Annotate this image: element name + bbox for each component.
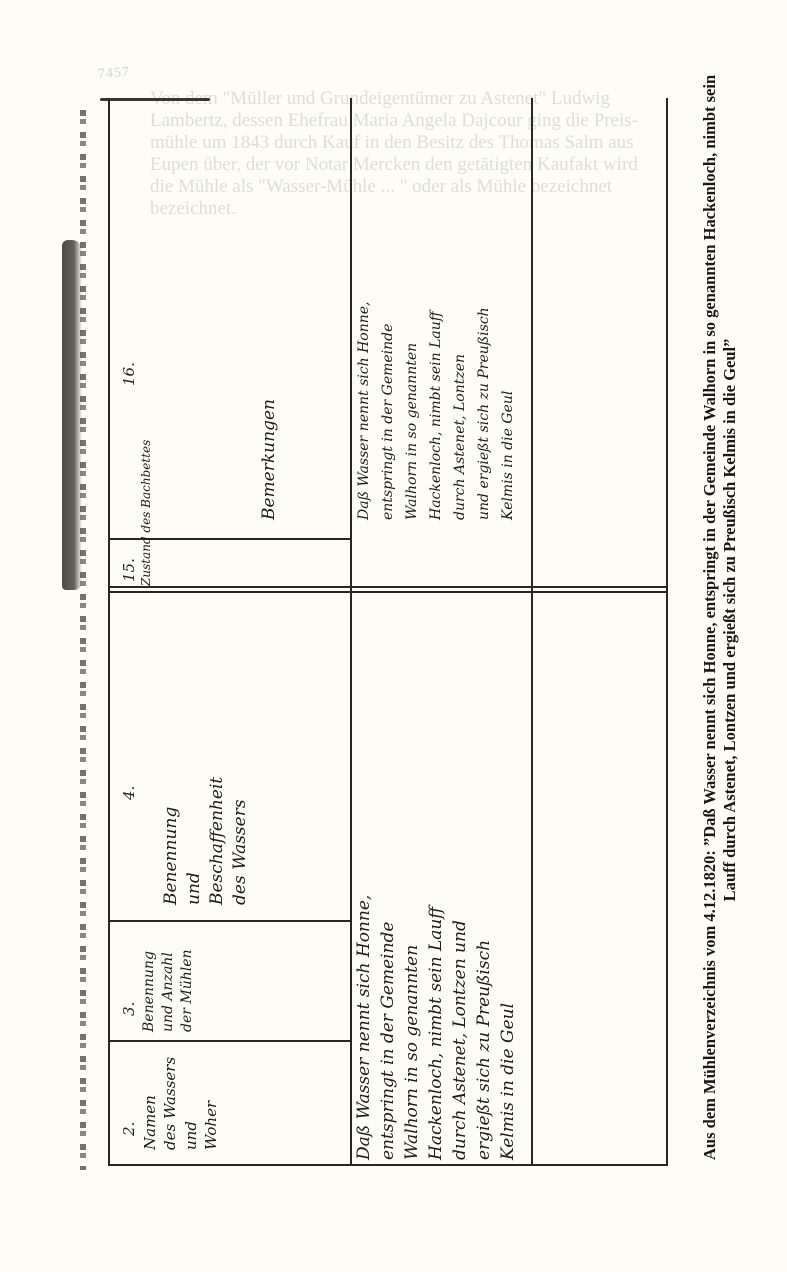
hw-line: Kelmis in die Geul — [496, 302, 520, 520]
column-number: 4. — [120, 786, 138, 800]
hw-line: Hackenloch, nimbt sein Lauff — [424, 895, 448, 1160]
scan-edge-artifact — [62, 240, 82, 590]
hw-line: Namen — [140, 1057, 160, 1150]
row-divider — [108, 920, 350, 922]
column-divider — [531, 98, 533, 1166]
hw-line: Walhorn in so genannten — [400, 895, 424, 1160]
hw-line: Benennung — [140, 949, 159, 1032]
hw-line: Daß Wasser nennt sich Honne, — [352, 895, 376, 1160]
hw-line: Daß Wasser nennt sich Honne, — [352, 302, 376, 520]
handwritten-remarks: Bemerkungen — [258, 399, 281, 520]
hw-line: und — [181, 1057, 201, 1150]
hw-line: und Anzahl — [159, 949, 178, 1032]
row-divider — [108, 591, 668, 593]
hw-line: ergießt sich zu Preußisch — [472, 895, 496, 1160]
scan-edge-artifact — [80, 110, 86, 1170]
row-divider — [108, 586, 668, 588]
hw-line: Beschaffenheit — [206, 777, 229, 905]
hw-line: und ergießt sich zu Preußisch — [472, 302, 496, 520]
hw-line: Walhorn in so genannten — [400, 302, 424, 520]
hw-line: der Mühlen — [178, 949, 197, 1032]
hw-line: des Wassers — [229, 777, 252, 905]
handwritten-course-lower: Daß Wasser nennt sich Honne, entspringt … — [352, 895, 520, 1160]
page-number: 7457 — [97, 65, 130, 83]
hw-line: durch Astenet, Lontzen und — [448, 895, 472, 1160]
handwritten-course-upper: Daß Wasser nennt sich Honne, entspringt … — [352, 302, 520, 520]
table-border-bottom — [108, 1164, 668, 1166]
hw-line: Hackenloch, nimbt sein Lauff — [424, 302, 448, 520]
hw-line: und — [183, 777, 206, 905]
caption-line-2: Lauff durch Astenet, Lontzen und ergießt… — [720, 80, 740, 1160]
column-number: 15. — [120, 558, 138, 582]
table-border-right — [666, 98, 668, 1166]
handwritten-bed-state: Zustand des Bachbettes — [138, 440, 154, 586]
hw-line: entspringt in der Gemeinde — [376, 895, 400, 1160]
hw-line: Benennung — [160, 777, 183, 905]
hw-line: Woher — [201, 1057, 221, 1150]
handwritten-water-name: Namen des Wassers und Woher — [140, 1057, 221, 1150]
hw-line: entspringt in der Gemeinde — [376, 302, 400, 520]
figure-caption: Aus dem Mühlenverzeichnis vom 4.12.1820:… — [700, 80, 740, 1160]
hw-line: Zustand des Bachbettes — [138, 440, 154, 586]
hw-line: Kelmis in die Geul — [496, 895, 520, 1160]
handwritten-description: Benennung und Beschaffenheit des Wassers — [160, 777, 252, 905]
hw-line: des Wassers — [160, 1057, 180, 1150]
column-number: 2. — [120, 1122, 138, 1136]
table-border-left — [108, 98, 110, 1166]
column-number: 16. — [120, 362, 138, 386]
handwritten-mills: Benennung und Anzahl der Mühlen — [140, 949, 197, 1032]
caption-line-1: Aus dem Mühlenverzeichnis vom 4.12.1820:… — [700, 80, 720, 1160]
hw-line: durch Astenet, Lontzen — [448, 302, 472, 520]
column-number: 3. — [120, 1002, 138, 1016]
row-divider — [108, 1040, 350, 1042]
hw-line: Bemerkungen — [258, 399, 281, 520]
